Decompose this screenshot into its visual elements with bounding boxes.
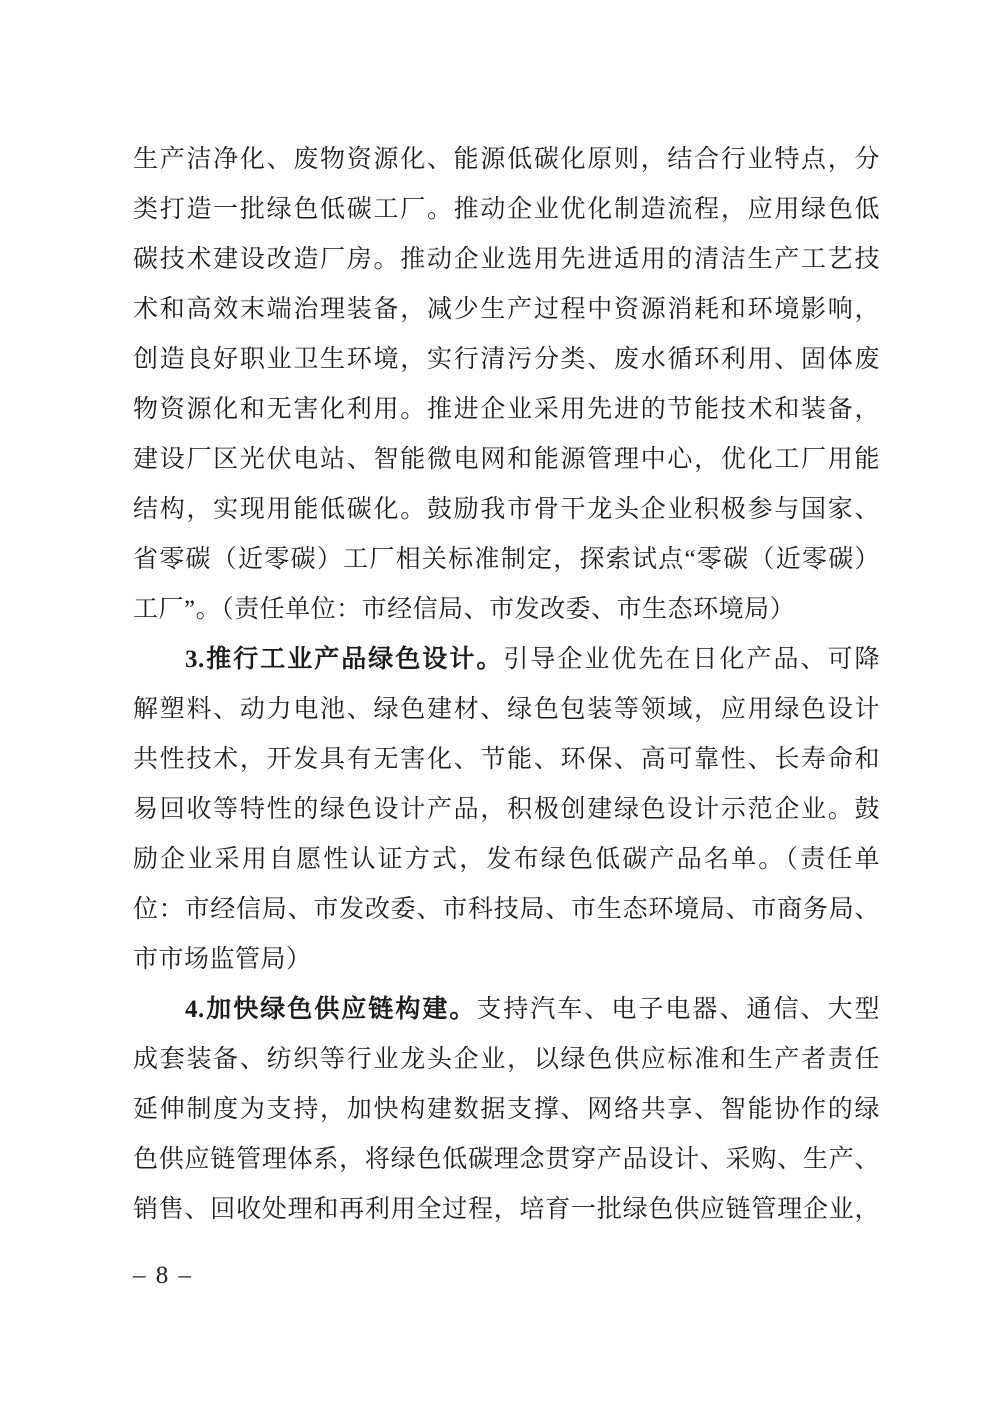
section-3-lead-text: 引导企业优先在日化产品、可降 (503, 646, 880, 673)
text-line: 类打造一批绿色低碳工厂。推动企业优化制造流程，应用绿色低 (133, 185, 880, 235)
text-line: 物资源化和无害化利用。推进企业采用先进的节能技术和装备， (133, 385, 880, 435)
section-4-lead-text: 支持汽车、电子电器、通信、大型 (476, 996, 880, 1023)
document-page: 生产洁净化、废物资源化、能源低碳化原则，结合行业特点，分 类打造一批绿色低碳工厂… (0, 0, 1000, 1414)
text-line: 延伸制度为支持，加快构建数据支撑、网络共享、智能协作的绿 (133, 1085, 880, 1135)
text-line: 色供应链管理体系，将绿色低碳理念贯穿产品设计、采购、生产、 (133, 1135, 880, 1185)
text-line-section-4: 4.加快绿色供应链构建。支持汽车、电子电器、通信、大型 (133, 985, 880, 1035)
text-line-paragraph-end: 市市场监管局） (133, 935, 880, 985)
text-line: 销售、回收处理和再利用全过程，培育一批绿色供应链管理企业， (133, 1185, 880, 1235)
text-line: 碳技术建设改造厂房。推动企业选用先进适用的清洁生产工艺技 (133, 235, 880, 285)
text-line: 成套装备、纺织等行业龙头企业，以绿色供应标准和生产者责任 (133, 1035, 880, 1085)
text-line-paragraph-end: 工厂”。（责任单位：市经信局、市发改委、市生态环境局） (133, 585, 880, 635)
text-line: 易回收等特性的绿色设计产品，积极创建绿色设计示范企业。鼓 (133, 785, 880, 835)
section-heading-4: 4.加快绿色供应链构建。 (185, 996, 476, 1023)
text-line: 励企业采用自愿性认证方式，发布绿色低碳产品名单。（责任单 (133, 835, 880, 885)
text-line-section-3: 3.推行工业产品绿色设计。引导企业优先在日化产品、可降 (133, 635, 880, 685)
text-line: 术和高效末端治理装备，减少生产过程中资源消耗和环境影响， (133, 285, 880, 335)
text-line: 位：市经信局、市发改委、市科技局、市生态环境局、市商务局、 (133, 885, 880, 935)
text-line: 创造良好职业卫生环境，实行清污分类、废水循环利用、固体废 (133, 335, 880, 385)
text-line: 省零碳（近零碳）工厂相关标准制定，探索试点“零碳（近零碳） (133, 535, 880, 585)
text-line: 生产洁净化、废物资源化、能源低碳化原则，结合行业特点，分 (133, 135, 880, 185)
text-line: 解塑料、动力电池、绿色建材、绿色包装等领域，应用绿色设计 (133, 685, 880, 735)
text-line: 建设厂区光伏电站、智能微电网和能源管理中心，优化工厂用能 (133, 435, 880, 485)
page-number: – 8 – (133, 1256, 193, 1296)
text-line: 共性技术，开发具有无害化、节能、环保、高可靠性、长寿命和 (133, 735, 880, 785)
text-line: 结构，实现用能低碳化。鼓励我市骨干龙头企业积极参与国家、 (133, 485, 880, 535)
document-body: 生产洁净化、废物资源化、能源低碳化原则，结合行业特点，分 类打造一批绿色低碳工厂… (133, 135, 880, 1235)
section-heading-3: 3.推行工业产品绿色设计。 (185, 646, 503, 673)
